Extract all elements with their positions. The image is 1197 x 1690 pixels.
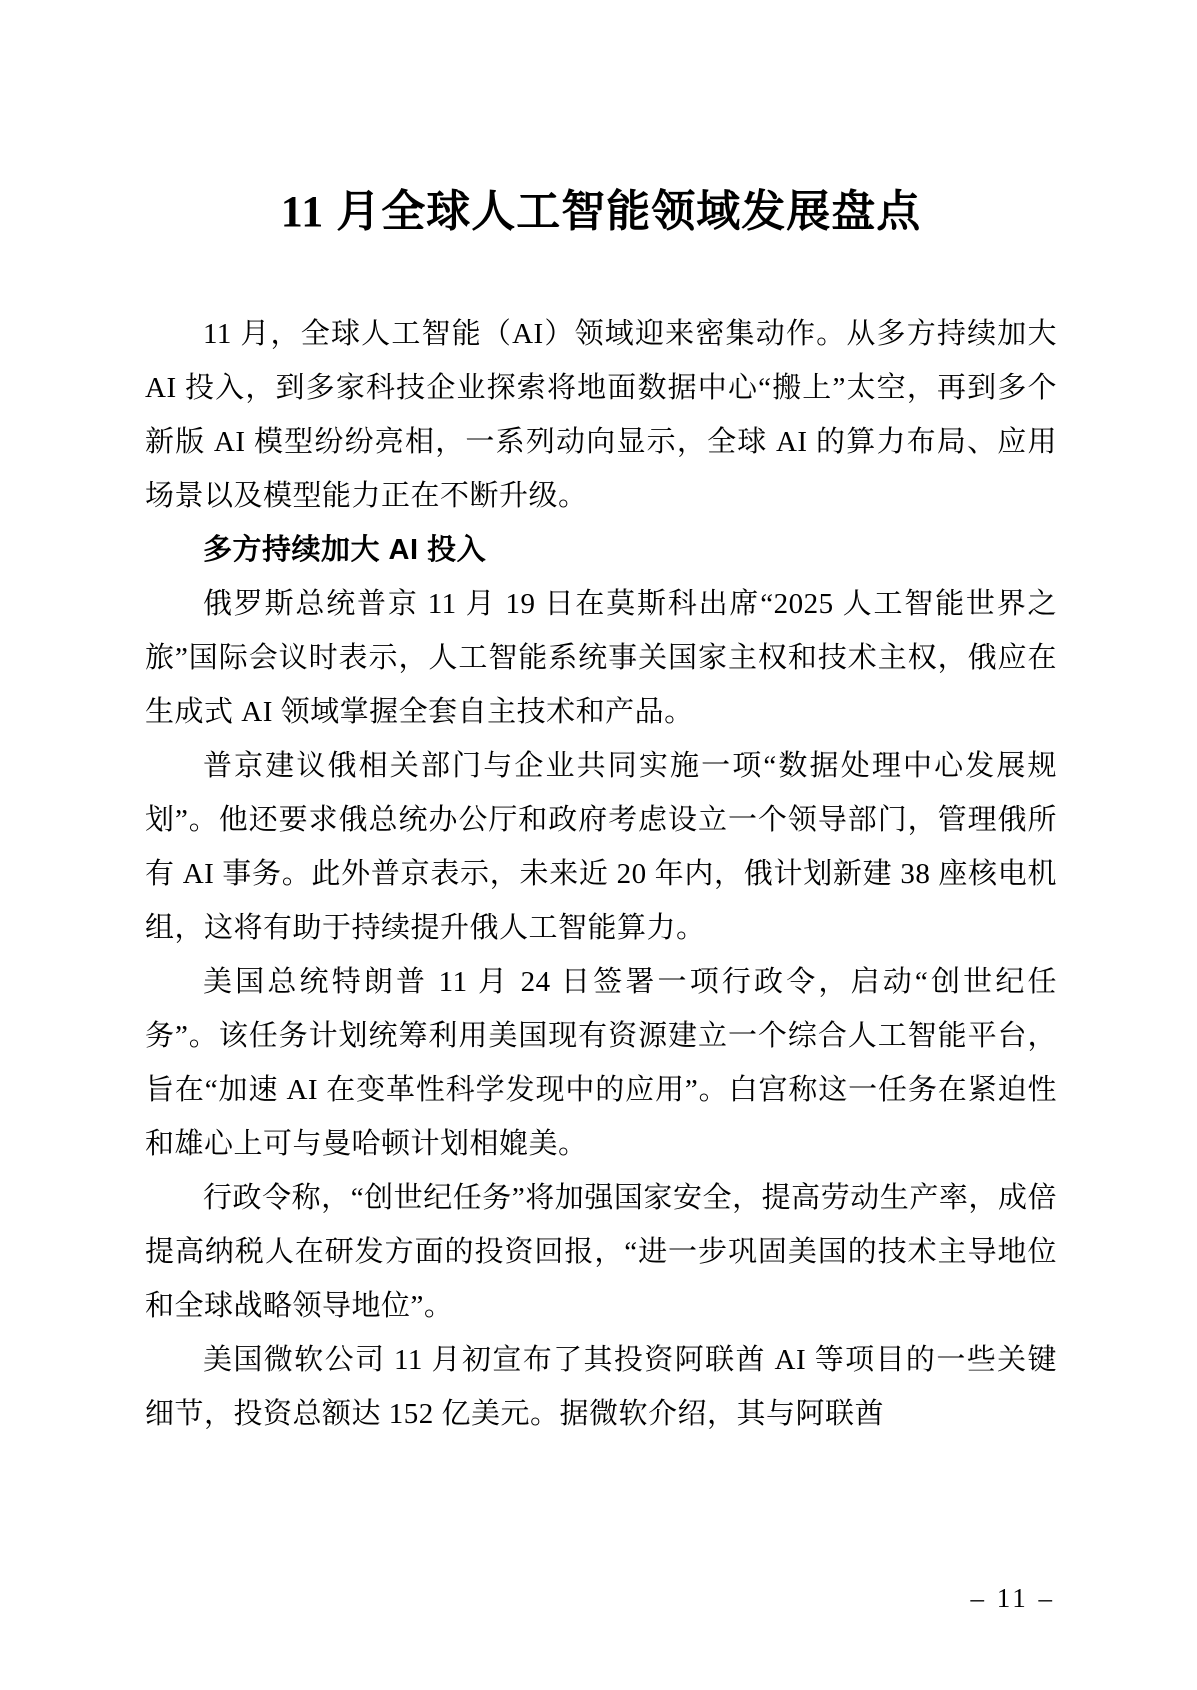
section-heading: 多方持续加大 AI 投入: [145, 523, 1057, 577]
page-number: – 11 –: [971, 1583, 1056, 1614]
page-title: 11 月全球人工智能领域发展盘点: [145, 186, 1057, 239]
document-page: 11 月全球人工智能领域发展盘点 11 月，全球人工智能（AI）领域迎来密集动作…: [0, 0, 1197, 1690]
paragraph: 普京建议俄相关部门与企业共同实施一项“数据处理中心发展规划”。他还要求俄总统办公…: [145, 739, 1057, 955]
paragraph: 行政令称，“创世纪任务”将加强国家安全，提高劳动生产率，成倍提高纳税人在研发方面…: [145, 1171, 1057, 1333]
paragraph: 美国微软公司 11 月初宣布了其投资阿联酋 AI 等项目的一些关键细节，投资总额…: [145, 1333, 1057, 1441]
paragraph: 俄罗斯总统普京 11 月 19 日在莫斯科出席“2025 人工智能世界之旅”国际…: [145, 577, 1057, 739]
paragraph-container: 11 月，全球人工智能（AI）领域迎来密集动作。从多方持续加大 AI 投入，到多…: [145, 307, 1057, 1441]
paragraph: 11 月，全球人工智能（AI）领域迎来密集动作。从多方持续加大 AI 投入，到多…: [145, 307, 1057, 523]
paragraph: 美国总统特朗普 11 月 24 日签署一项行政令，启动“创世纪任务”。该任务计划…: [145, 955, 1057, 1171]
document-content: 11 月全球人工智能领域发展盘点 11 月，全球人工智能（AI）领域迎来密集动作…: [145, 186, 1057, 1441]
